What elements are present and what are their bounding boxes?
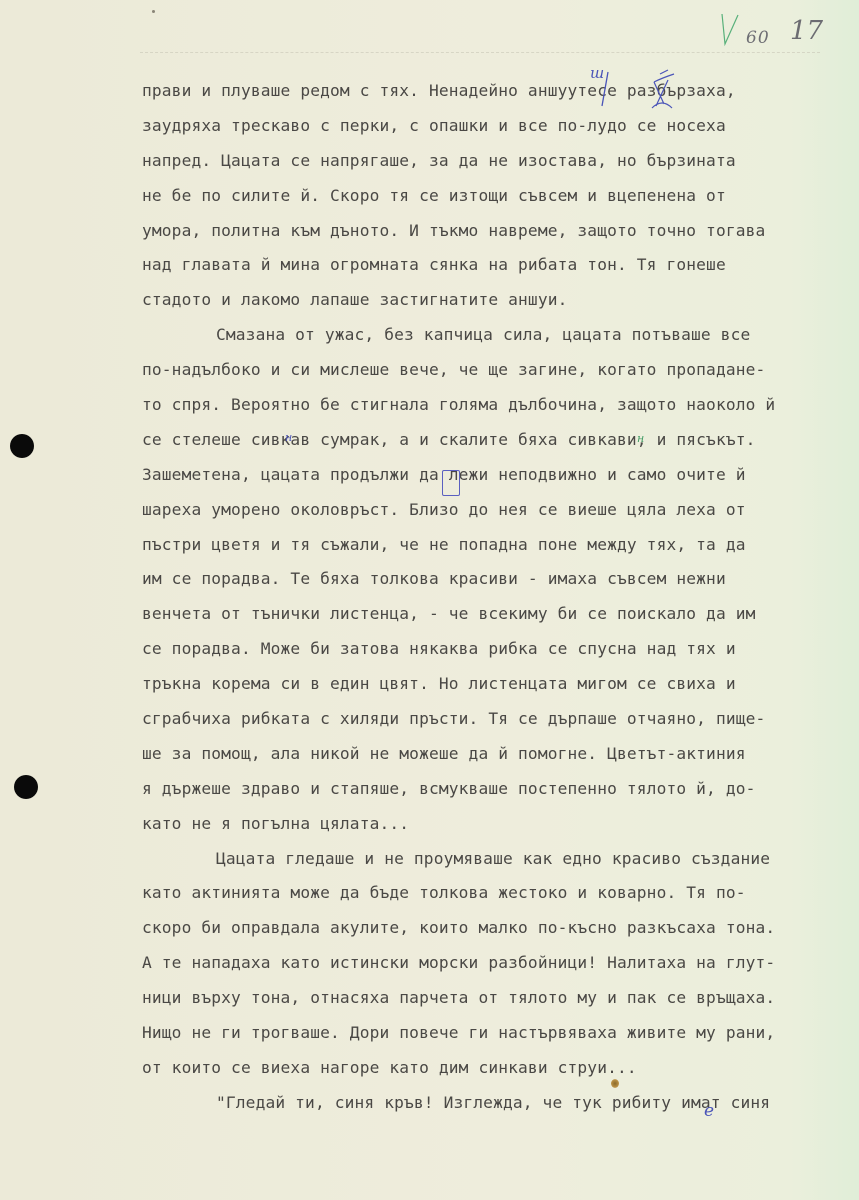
text-line: напред. Цацата се напрягаше, за да не из…: [142, 144, 842, 179]
text-line: А те нападаха като истински морски разбо…: [142, 946, 842, 981]
typewritten-text: прави и плуваше редом с тях. Ненадейно а…: [142, 74, 842, 1121]
text-line: като актинията може да бъде толкова жест…: [142, 876, 842, 911]
text-line: шареха уморено околовръст. Близо до нея …: [142, 493, 842, 528]
text-line: от които се виеха нагоре като дим синкав…: [142, 1051, 842, 1086]
check-mark-icon: [720, 12, 742, 48]
text-line: "Гледай ти, синя кръв! Изглежда, че тук …: [142, 1086, 842, 1121]
text-line: Смазана от ужас, без капчица сила, цацат…: [142, 318, 842, 353]
document-page: 60 17 прави и плуваше редом с тях. Ненад…: [0, 0, 859, 1200]
text-line: венчета от тънички листенца, - че всеким…: [142, 597, 842, 632]
text-line: не бе по силите й. Скоро тя се изтощи съ…: [142, 179, 842, 214]
text-line: им се порадва. Те бяха толкова красиви -…: [142, 562, 842, 597]
text-line: ници върху тона, отнасяха парчета от тял…: [142, 981, 842, 1016]
text-line: умора, политна към дъното. И тъкмо навре…: [142, 214, 842, 249]
strikethrough-mark: [594, 68, 684, 112]
ink-stain: [611, 1079, 619, 1088]
text-line: сграбчиха рибката с хиляди пръсти. Тя се…: [142, 702, 842, 737]
text-line: прави и плуваше редом с тях. Ненадейно а…: [142, 74, 842, 109]
archive-number: 60: [746, 28, 770, 48]
text-line: над главата й мина огромната сянка на ри…: [142, 248, 842, 283]
paper-speck: [152, 10, 155, 13]
text-line: се стелеше сивкав сумрак, а и скалите бя…: [142, 423, 842, 458]
text-line: като не я погълна цялата...: [142, 807, 842, 842]
text-line: Цацата гледаше и не проумяваше как едно …: [142, 842, 842, 877]
text-line: скоро би оправдала акулите, които малко …: [142, 911, 842, 946]
punch-hole: [14, 775, 38, 799]
text-line: пъстри цветя и тя съжали, че не попадна …: [142, 528, 842, 563]
text-line: я държеше здраво и стапяше, всмукваше по…: [142, 772, 842, 807]
text-line: Зашеметена, цацата продължи да лежи непо…: [142, 458, 842, 493]
dotted-rule: [140, 52, 820, 54]
page-number: 17: [790, 16, 823, 46]
text-line: Нищо не ги трогваше. Дори повече ги наст…: [142, 1016, 842, 1051]
text-line: стадото и лакомо лапаше застигнатите анш…: [142, 283, 842, 318]
text-line: по-надълбоко и си мислеше вече, че ще за…: [142, 353, 842, 388]
text-line: то спря. Вероятно бе стигнала голяма дъл…: [142, 388, 842, 423]
text-line: ше за помощ, ала никой не можеше да й по…: [142, 737, 842, 772]
boxed-correction: [442, 470, 460, 496]
page-marks: 60 17: [720, 12, 840, 52]
punch-hole: [10, 434, 34, 458]
text-line: се порадва. Може би затова някаква рибка…: [142, 632, 842, 667]
text-line: заудряха трескаво с перки, с опашки и вс…: [142, 109, 842, 144]
text-line: тръкна корема си в един цвят. Но листенц…: [142, 667, 842, 702]
